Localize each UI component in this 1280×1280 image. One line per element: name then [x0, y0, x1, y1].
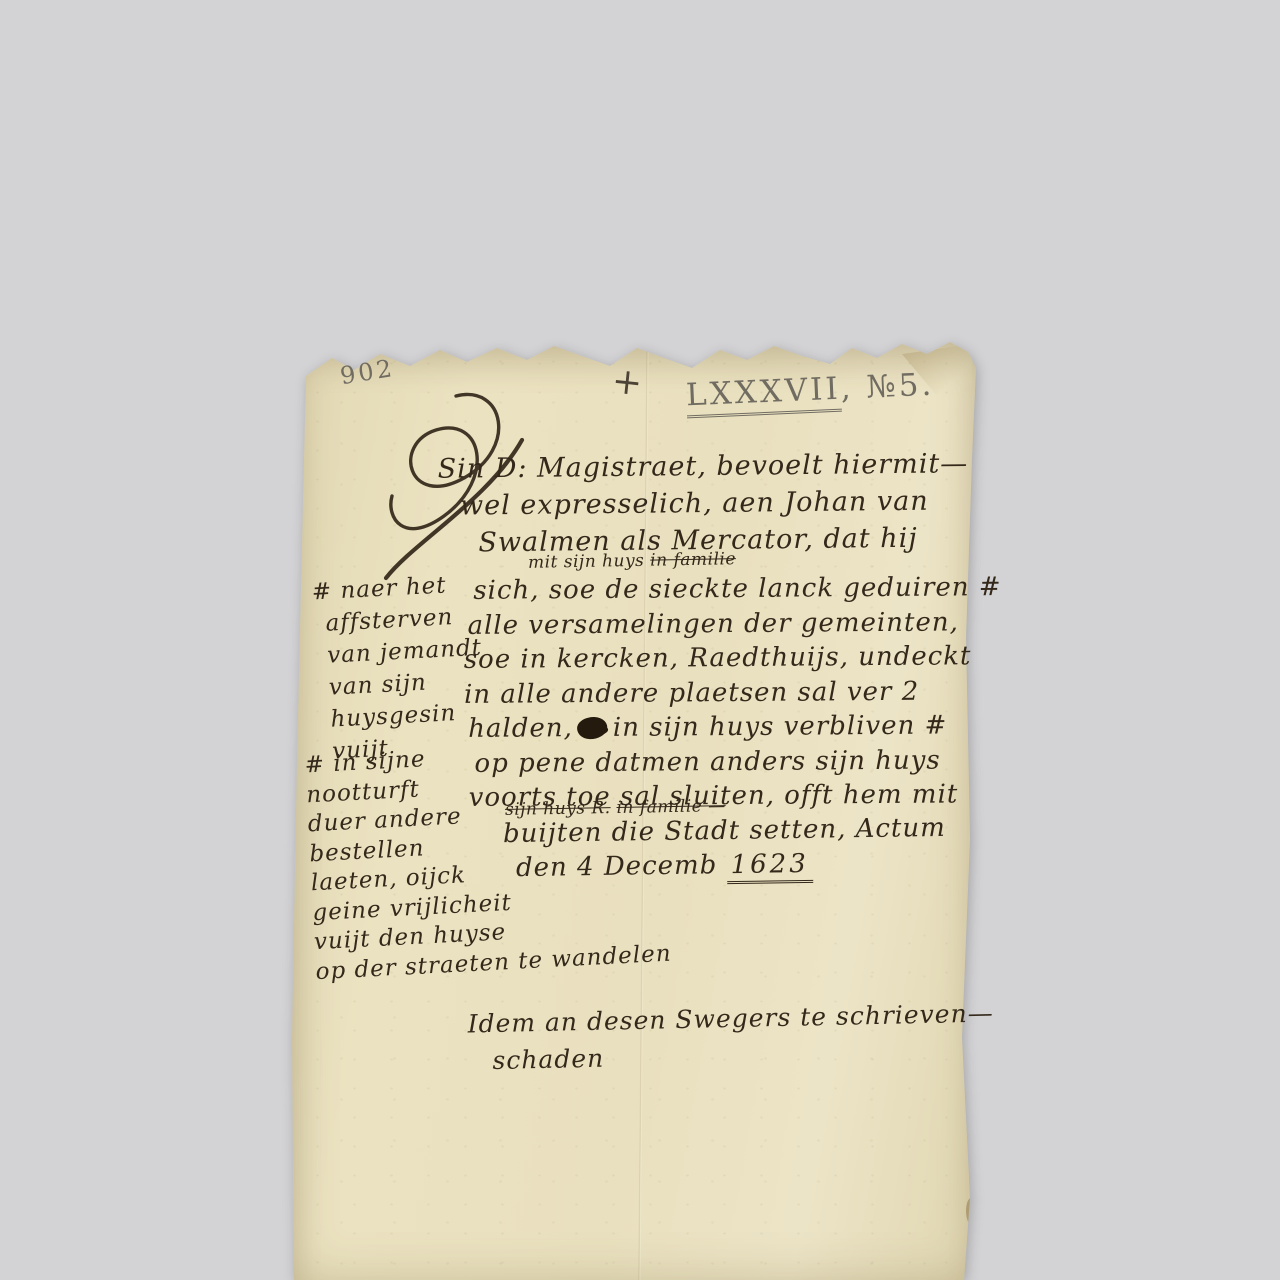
struck-word: in familie — [650, 549, 736, 570]
right-edge-nick — [966, 1198, 976, 1224]
insertion-text: mit sijn huys — [528, 551, 645, 573]
margin-note-block: # in sijne nootturft duer andere bestell… — [304, 733, 672, 987]
volume-numeral: LXXXVII — [685, 371, 841, 419]
interlinear-insertion: mit sijn huys in familie — [528, 549, 736, 573]
body-line: in alle andere plaetsen sal ver 2 — [464, 674, 1003, 712]
body-line: soe in kercken, Raedthuijs, undeckt — [464, 639, 1003, 677]
number-label: , №5. — [840, 367, 935, 407]
cross-mark: + — [610, 360, 645, 404]
photograph-background: 902 + LXXXVII, №5. Sin D: Magistraet, be… — [0, 0, 1280, 1280]
postscript-block: Idem an desen Swegers te schrieven— scha… — [467, 994, 995, 1079]
opening-text-block: Sin D: Magistraet, bevoelt hiermit— wel … — [437, 445, 969, 562]
margin-note-block: # naer het affsterven van jemandt van si… — [311, 568, 488, 768]
opening-line: wel expresselich, aen Johan van — [460, 482, 969, 524]
body-line-text: in sijn huys verbliven # — [613, 711, 948, 743]
opening-line: Sin D: Magistraet, bevoelt hiermit— — [437, 445, 968, 488]
date-year: 1623 — [726, 849, 813, 884]
body-line: alle versamelingen der gemeinten, — [467, 605, 1002, 643]
body-line: sich, soe de sieckte lanck geduiren # — [473, 570, 1002, 608]
